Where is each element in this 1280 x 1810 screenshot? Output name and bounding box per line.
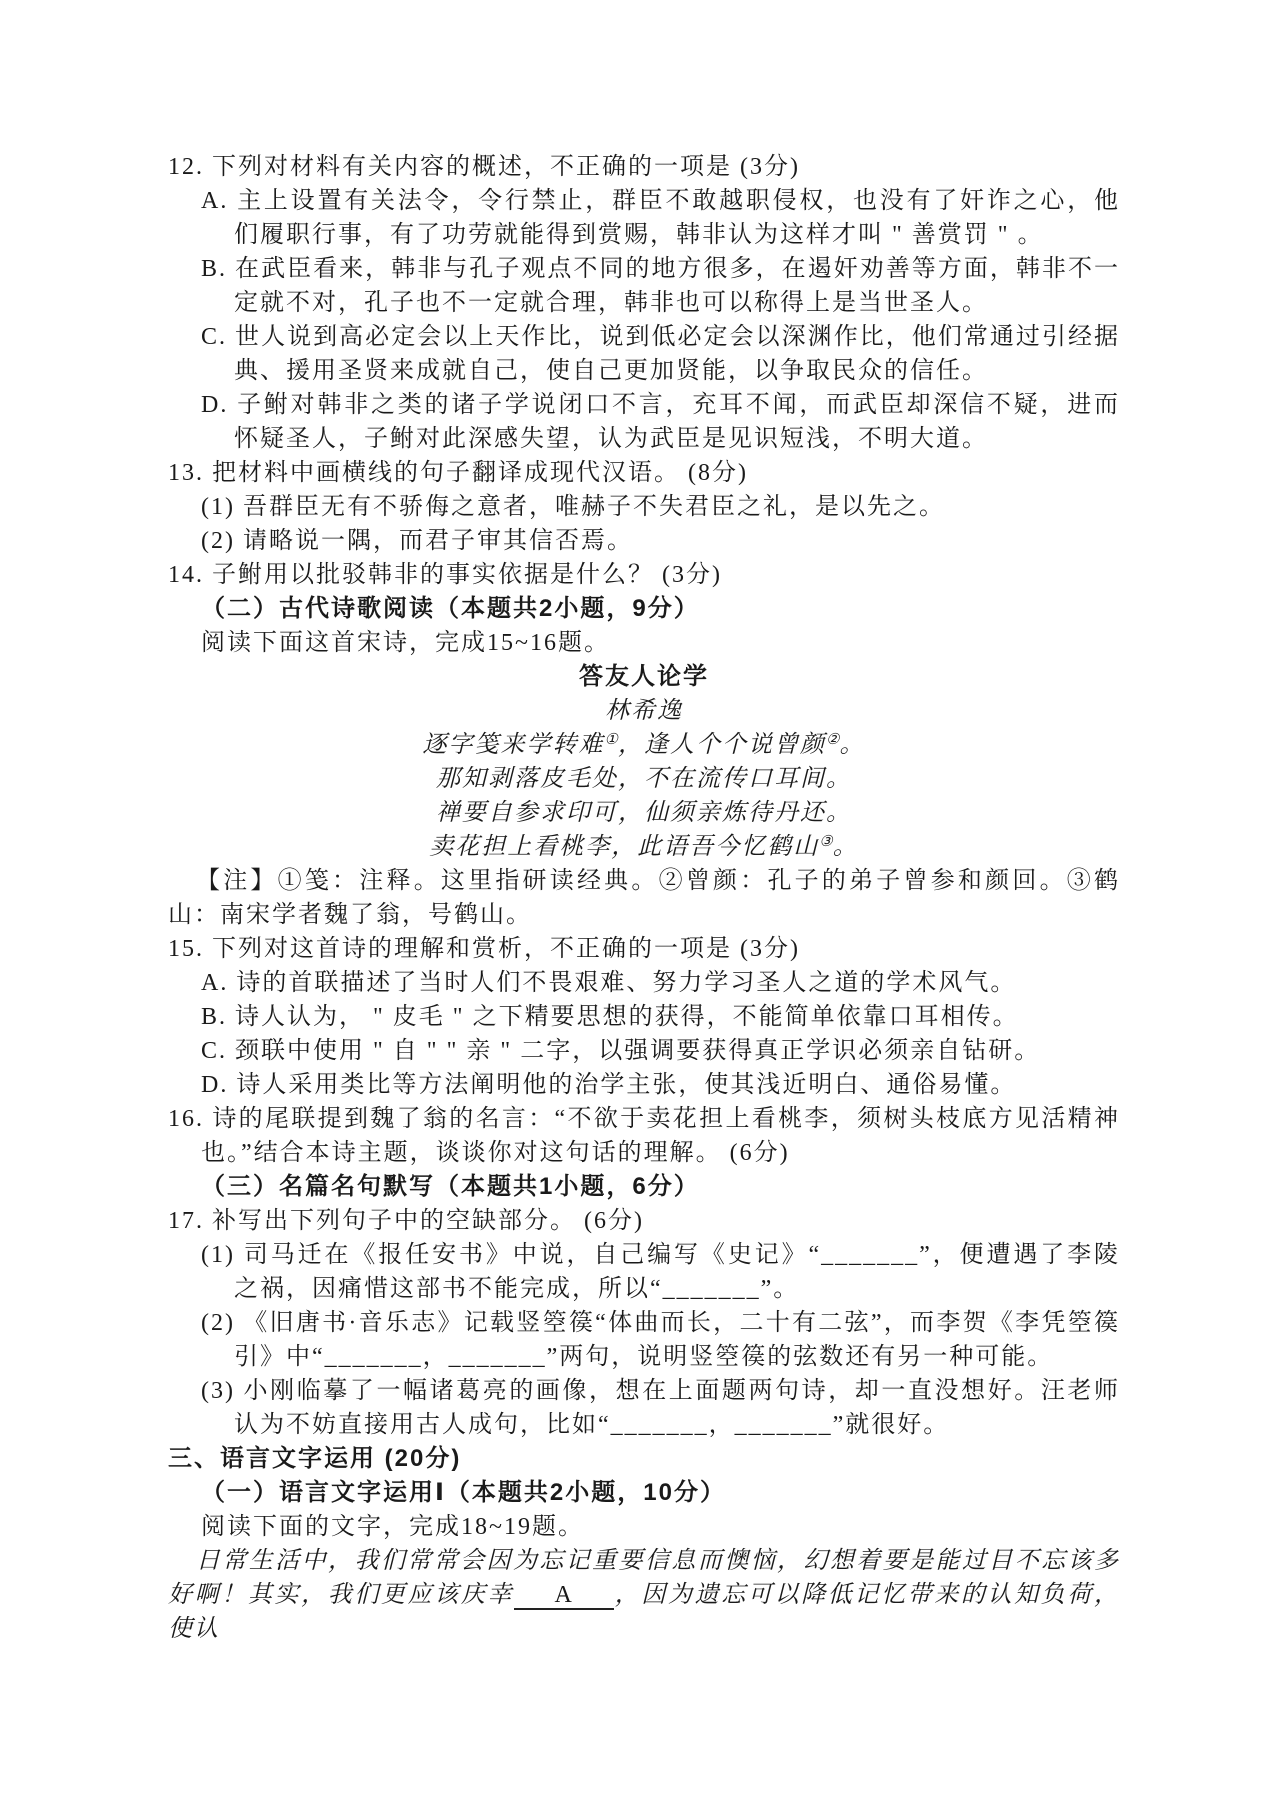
question-12-option-c: C. 世人说到高必定会以上天作比，说到低必定会以深渊作比，他们常通过引经据典、援… (168, 320, 1120, 388)
poem-line-3: 禅要自参求印可，仙须亲炼待丹还。 (168, 796, 1120, 830)
section-heading-language-use: 三、语言文字运用 (20分) (168, 1442, 1120, 1476)
footnote-marker-2: ② (826, 732, 839, 748)
question-17-part-3: (3) 小刚临摹了一幅诸葛亮的画像，想在上面题两句诗，却一直没想好。汪老师认为不… (168, 1374, 1120, 1442)
question-17-stem: 17. 补写出下列句子中的空缺部分。 (6分) (168, 1204, 1120, 1238)
poem-line-4: 卖花担上看桃李，此语吾今忆鹤山③。 (168, 830, 1120, 864)
question-15-option-c: C. 颈联中使用 " 自 " " 亲 " 二字，以强调要获得真正学识必须亲自钻研… (168, 1034, 1120, 1068)
poetry-intro: 阅读下面这首宋诗，完成15~16题。 (201, 626, 1120, 660)
poem-line-1-period: 。 (839, 732, 865, 758)
footnote-marker-3: ③ (819, 834, 832, 850)
question-17-part-1: (1) 司马迁在《报任安书》中说，自己编写《史记》“_______”，便遭遇了李… (168, 1238, 1120, 1306)
question-12-option-b: B. 在武臣看来，韩非与孔子观点不同的地方很多，在遏奸劝善等方面，韩非不一定就不… (168, 252, 1120, 320)
question-15-option-b: B. 诗人认为， " 皮毛 " 之下精要思想的获得，不能简单依靠口耳相传。 (168, 1000, 1120, 1034)
question-12-option-a: A. 主上设置有关法令，令行禁止，群臣不敢越职侵权，也没有了奸诈之心，他们履职行… (168, 184, 1120, 252)
fill-in-blank-a: A (514, 1582, 614, 1610)
language-passage: 日常生活中，我们常常会因为忘记重要信息而懊恼，幻想着要是能过目不忘该多好啊！其实… (168, 1544, 1120, 1646)
poem-line-4-period: 。 (833, 834, 859, 860)
poem-title: 答友人论学 (168, 660, 1120, 694)
section-heading-dictation: （三）名篇名句默写（本题共1小题，6分） (201, 1170, 1120, 1204)
question-15-option-a: A. 诗的首联描述了当时人们不畏艰难、努力学习圣人之道的学术风气。 (168, 966, 1120, 1000)
poem-line-1: 逐字笺来学转难①，逢人个个说曾颜②。 (168, 728, 1120, 762)
question-13-stem: 13. 把材料中画横线的句子翻译成现代汉语。 (8分) (168, 456, 1120, 490)
question-14-stem: 14. 子鲋用以批驳韩非的事实依据是什么？ (3分) (168, 558, 1120, 592)
section-heading-language-use-1: （一）语言文字运用Ⅰ（本题共2小题，10分） (201, 1476, 1120, 1510)
footnote-marker-1: ① (605, 732, 618, 748)
question-15-stem: 15. 下列对这首诗的理解和赏析，不正确的一项是 (3分) (168, 932, 1120, 966)
poem-line-1-text-mid: ，逢人个个说曾颜 (618, 732, 826, 758)
poem-footnotes: 【注】①笺：注释。这里指研读经典。②曾颜：孔子的弟子曾参和颜回。③鹤山：南宋学者… (168, 864, 1120, 932)
language-intro: 阅读下面的文字，完成18~19题。 (201, 1510, 1120, 1544)
exam-page: 12. 下列对材料有关内容的概述，不正确的一项是 (3分) A. 主上设置有关法… (168, 150, 1120, 1646)
question-12-stem: 12. 下列对材料有关内容的概述，不正确的一项是 (3分) (168, 150, 1120, 184)
question-16-stem: 16. 诗的尾联提到魏了翁的名言：“不欲于卖花担上看桃李，须树头枝底方见活精神也… (168, 1102, 1120, 1170)
question-15-option-d: D. 诗人采用类比等方法阐明他的治学主张，使其浅近明白、通俗易懂。 (168, 1068, 1120, 1102)
poem-author: 林希逸 (168, 694, 1120, 728)
poem-line-4-text: 卖花担上看桃李，此语吾今忆鹤山 (429, 834, 819, 860)
question-12-option-d: D. 子鲋对韩非之类的诸子学说闭口不言，充耳不闻，而武臣却深信不疑，进而怀疑圣人… (168, 388, 1120, 456)
question-17-part-2: (2) 《旧唐书·音乐志》记载竖箜篌“体曲而长，二十有二弦”，而李贺《李凭箜篌引… (168, 1306, 1120, 1374)
section-heading-poetry: （二）古代诗歌阅读（本题共2小题，9分） (201, 592, 1120, 626)
poem-line-1-text: 逐字笺来学转难 (423, 732, 605, 758)
poem-line-2: 那知剥落皮毛处，不在流传口耳间。 (168, 762, 1120, 796)
question-13-part-1: (1) 吾群臣无有不骄侮之意者，唯赫子不失君臣之礼，是以先之。 (168, 490, 1120, 524)
question-13-part-2: (2) 请略说一隅，而君子审其信否焉。 (168, 524, 1120, 558)
